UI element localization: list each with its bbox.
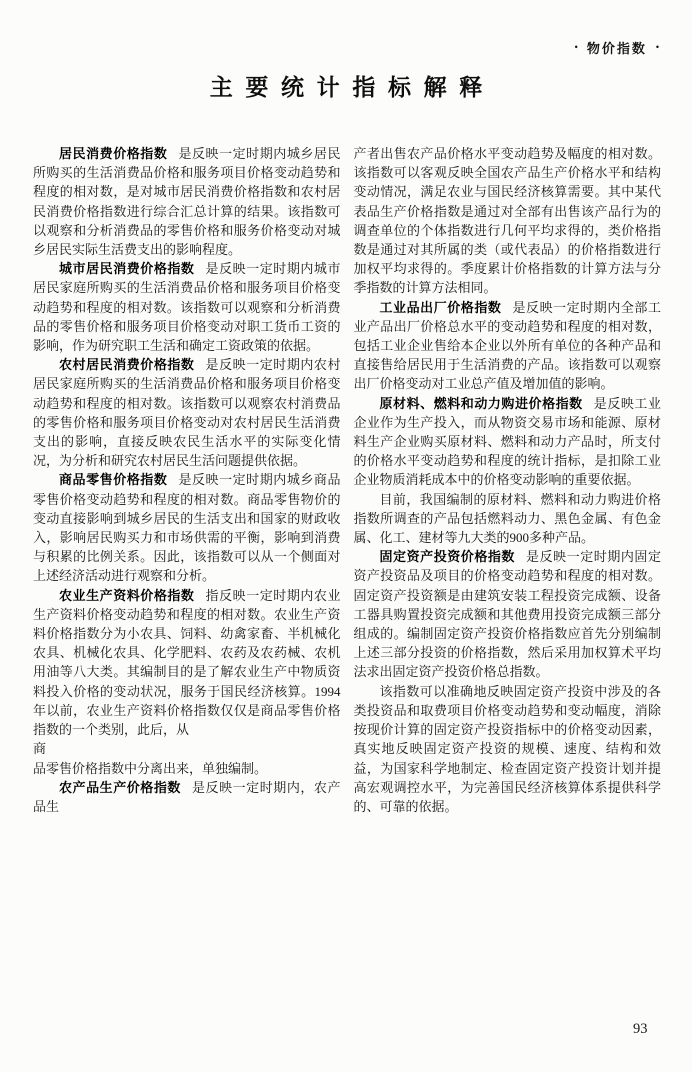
paragraph: 固定资产投资价格指数是反映一定时期内固定资产投资品及项目的价格变动趋势和程度的相… — [354, 547, 662, 681]
bullet-icon: • — [656, 42, 659, 52]
term-label: 农村居民消费价格指数 — [59, 357, 195, 372]
paragraph: 工业品出厂价格指数是反映一定时期内全部工业产品出厂价格总水平的变动趋势和程度的相… — [354, 298, 662, 394]
paragraph-text: 指反映一定时期内农业生产资料价格变动趋势和程度的相对数。农业生产资料价格指数分为… — [33, 588, 341, 737]
paragraph-text: 是反映一定时期内农村居民家庭所购买的生活消费品价格和服务项目价格变动趋势和程度的… — [33, 357, 341, 468]
term-label: 固定资产投资价格指数 — [380, 549, 516, 564]
paragraph-text: 该指数可以准确地反映固定资产投资中涉及的各类投资品和取费项目价格变动趋势和变动幅… — [354, 684, 662, 814]
paragraph: 该指数可以准确地反映固定资产投资中涉及的各类投资品和取费项目价格变动趋势和变动幅… — [354, 682, 662, 816]
orphan-line: 品零售价格指数中分离出来，单独编制。 — [33, 759, 341, 778]
term-label: 工业品出厂价格指数 — [380, 300, 502, 315]
paragraph: 商品零售价格指数是反映一定时期内城乡商品零售价格变动趋势和程度的相对数。商品零售… — [33, 470, 341, 585]
paragraph: 目前，我国编制的原材料、燃料和动力购进价格指数所调查的产品包括燃料动力、黑色金属… — [354, 490, 662, 548]
paragraph: 产者出售农产品价格水平变动趋势及幅度的相对数。该指数可以客观反映全国农产品生产价… — [354, 144, 662, 298]
paragraph: 农村居民消费价格指数是反映一定时期内农村居民家庭所购买的生活消费品价格和服务项目… — [33, 355, 341, 470]
paragraph: 城市居民消费价格指数是反映一定时期内城市居民家庭所购买的生活消费品价格和服务项目… — [33, 259, 341, 355]
document-page: { "header": { "bullet": "•", "label": "物… — [0, 0, 692, 1072]
right-column: 产者出售农产品价格水平变动趋势及幅度的相对数。该指数可以客观反映全国农产品生产价… — [354, 144, 662, 816]
text-columns: 居民消费价格指数是反映一定时期内城乡居民所购买的生活消费品价格和服务项目价格变动… — [33, 144, 661, 816]
bullet-icon: • — [575, 42, 578, 52]
term-label: 商品零售价格指数 — [59, 472, 167, 487]
left-column: 居民消费价格指数是反映一定时期内城乡居民所购买的生活消费品价格和服务项目价格变动… — [33, 144, 341, 816]
paragraph-text: 是反映一定时期内城乡居民所购买的生活消费品价格和服务项目价格变动趋势和程度的相对… — [33, 146, 341, 257]
term-label: 农产品生产价格指数 — [59, 780, 181, 795]
page-number: 93 — [633, 1021, 648, 1038]
paragraph: 农业生产资料价格指数指反映一定时期内农业生产资料价格变动趋势和程度的相对数。农业… — [33, 586, 341, 740]
paragraph-text: 是反映一定时期内固定资产投资品及项目的价格变动趋势和程度的相对数。固定资产投资额… — [354, 549, 662, 679]
running-header: • 物价指数 • — [575, 38, 659, 57]
paragraph-text: 产者出售农产品价格水平变动趋势及幅度的相对数。该指数可以客观反映全国农产品生产价… — [354, 146, 662, 295]
paragraph-text: 目前，我国编制的原材料、燃料和动力购进价格指数所调查的产品包括燃料动力、黑色金属… — [354, 492, 662, 545]
term-label: 农业生产资料价格指数 — [59, 588, 195, 603]
orphan-line: 商 — [33, 739, 341, 758]
page-title: 主要统计指标解释 — [0, 69, 692, 102]
paragraph-text: 是反映一定时期内城乡商品零售价格变动趋势和程度的相对数。商品零售物价的变动直接影… — [33, 472, 341, 583]
paragraph: 原材料、燃料和动力购进价格指数是反映工业企业作为生产投入，而从物资交易市场和能源… — [354, 394, 662, 490]
paragraph: 农产品生产价格指数是反映一定时期内，农产品生 — [33, 778, 341, 816]
paragraph: 居民消费价格指数是反映一定时期内城乡居民所购买的生活消费品价格和服务项目价格变动… — [33, 144, 341, 259]
term-label: 居民消费价格指数 — [59, 146, 167, 161]
term-label: 城市居民消费价格指数 — [59, 261, 195, 276]
header-section-label: 物价指数 — [587, 38, 647, 57]
term-label: 原材料、燃料和动力购进价格指数 — [380, 396, 583, 411]
